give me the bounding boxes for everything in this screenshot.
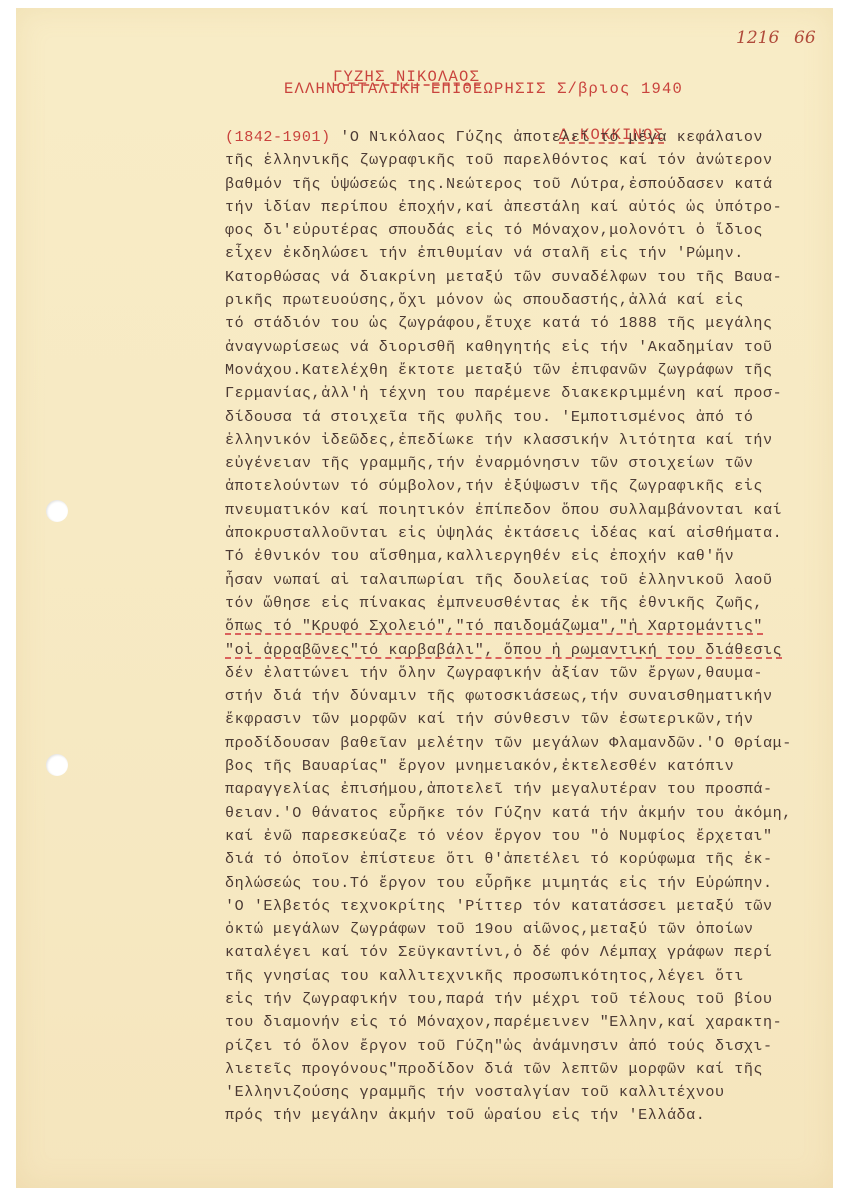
text-line: τόν ὤθησε εἰς πίνακας ἐμπνευσθέντας ἐκ τ…: [225, 592, 825, 615]
text-line: παραγγελίας ἐπισήμου,ἀποτελεῖ τήν μεγαλυ…: [225, 778, 825, 801]
source-line: ΕΛΛΗΝΟΙΤΑΛΙΚΗ ΕΠΙΘΕΩΡΗΣΙΣ Σ/βριος 1940: [284, 80, 683, 98]
text-line: διά τό ὁποῖον ἐπίστευε ὅτι θ'ἀπετέλει τό…: [225, 848, 825, 871]
page-number: 66: [794, 28, 816, 48]
text-line: δίδουσα τά στοιχεῖα τῆς φυλῆς του. 'Εμπο…: [225, 406, 825, 429]
text-line: τῆς γνησίας του καλλιτεχνικῆς προσωπικότ…: [225, 965, 825, 988]
text-line: ἀποτελούντων τό σύμβολον,τήν ἐξύψωσιν τῆ…: [225, 475, 825, 498]
text-line: (1842-1901) 'Ο Νικόλαος Γύζης ἀποτελεῖ τ…: [225, 126, 825, 149]
text-line: ἦσαν νωπαί αἱ ταλαιπωρίαι τῆς δουλείας τ…: [225, 569, 825, 592]
text-line: τό στάδιόν του ὡς ζωγράφου,ἔτυχε κατά τό…: [225, 312, 825, 335]
text-line: Μονάχου.Κατελέχθη ἔκτοτε μεταξύ τῶν ἐπιφ…: [225, 359, 825, 382]
text-line: Τό ἐθνικόν του αἴσθημα,καλλιεργηθέν εἰς …: [225, 545, 825, 568]
text-line: τῆς ἑλληνικῆς ζωγραφικῆς τοῦ παρελθόντος…: [225, 149, 825, 172]
text-line: εἰς τήν ζωγραφικήν του,παρά τήν μέχρι το…: [225, 988, 825, 1011]
text-line: πρός τήν μεγάλην ἀκμήν τοῦ ὡραίου εἰς τή…: [225, 1104, 825, 1127]
text-line: ἀποκρυσταλλοῦνται εἰς ὑψηλάς ἐκτάσεις ἰδ…: [225, 522, 825, 545]
text-line: βαθμόν τῆς ὑψώσεώς της.Νεώτερος τοῦ Λύτρ…: [225, 173, 825, 196]
text-line: εἶχεν ἐκδηλώσει τήν ἐπιθυμίαν νά σταλῆ ε…: [225, 242, 825, 265]
text-line: στήν διά τήν δύναμιν τῆς φωτοσκιάσεως,τή…: [225, 685, 825, 708]
text-line: ἔκφρασιν τῶν μορφῶν καί τήν σύνθεσιν τῶν…: [225, 708, 825, 731]
text-line: ρίζει τό ὅλον ἔργον τοῦ Γύζη"ὡς ἀνάμνησι…: [225, 1035, 825, 1058]
text-line: εὐγένειαν τῆς γραμμῆς,τήν ἐναρμόνησιν τῶ…: [225, 452, 825, 475]
text-line: πνευματικόν καί ποιητικόν ἐπίπεδον ὅπου …: [225, 499, 825, 522]
text-line: βος τῆς Βαυαρίας" ἔργον μνημειακόν,ἐκτελ…: [225, 755, 825, 778]
text-line: ὀκτώ μεγάλων ζωγράφων τοῦ 19ου αἰῶνος,με…: [225, 918, 825, 941]
text-line: του διαμονήν εἰς τό Μόναχον,παρέμεινεν "…: [225, 1011, 825, 1034]
punch-hole-top: [46, 500, 68, 522]
text-line: 'Ο 'Ελβετός τεχνοκρίτης 'Ρίττερ τόν κατα…: [225, 895, 825, 918]
text-line: θειαν.'Ο θάνατος εὗρῆκε τόν Γύζην κατά τ…: [225, 802, 825, 825]
text-line: τήν ἰδίαν περίπου ἐποχήν,καί ἀπεστάλη κα…: [225, 196, 825, 219]
text-line: δηλώσεώς του.Τό ἔργον του εὗρῆκε μιμητάς…: [225, 872, 825, 895]
punch-hole-bottom: [46, 754, 68, 776]
text-line: ἑλληνικόν ἰδεῶδες,ἐπεδίωκε τήν κλασσικήν…: [225, 429, 825, 452]
text-line: λιετεῖς προγόνους"προδίδον διά τῶν λεπτῶ…: [225, 1058, 825, 1081]
text-line-underlined: ὅπως τό "Κρυφό Σχολειό","τό παιδομάζωμα"…: [225, 615, 825, 638]
text-line: προδίδουσαν βαθεῖαν μελέτην τῶν μεγάλων …: [225, 732, 825, 755]
text-line: 'Ελληνιζούσης γραμμῆς τήν νοσταλγίαν τοῦ…: [225, 1081, 825, 1104]
text-line: Γερμανίας,ἀλλ'ἡ τέχνη του παρέμενε διακε…: [225, 382, 825, 405]
text-line: Κατορθώσας νά διακρίνη μεταξύ τῶν συναδέ…: [225, 266, 825, 289]
text-line: ρικῆς πρωτευούσης,ὄχι μόνον ὡς σπουδαστή…: [225, 289, 825, 312]
handwritten-note: 1216: [736, 28, 779, 48]
text-line: δέν ἐλαττώνει τήν ὅλην ζωγραφικήν ἀξίαν …: [225, 662, 825, 685]
text-line: ἀναγνωρίσεως νά διορισθῆ καθηγητής εἰς τ…: [225, 336, 825, 359]
text-line: φος δι'εὐρυτέρας σπουδάς εἰς τό Μόναχον,…: [225, 219, 825, 242]
article-body: (1842-1901) 'Ο Νικόλαος Γύζης ἀποτελεῖ τ…: [225, 126, 825, 1128]
life-dates: (1842-1901): [225, 128, 331, 146]
text-line: καί ἐνῶ παρεσκεύαζε τό νέον ἔργον του "ὁ…: [225, 825, 825, 848]
text-line-underlined: "οἱ ἀρραβῶνες"τό καρβαβάλι", ὅπου ἡ ρωμα…: [225, 639, 825, 662]
text-line: καταλέγει καί τόν Σεϋγκαντίνι,ὁ δέ φόν Λ…: [225, 941, 825, 964]
